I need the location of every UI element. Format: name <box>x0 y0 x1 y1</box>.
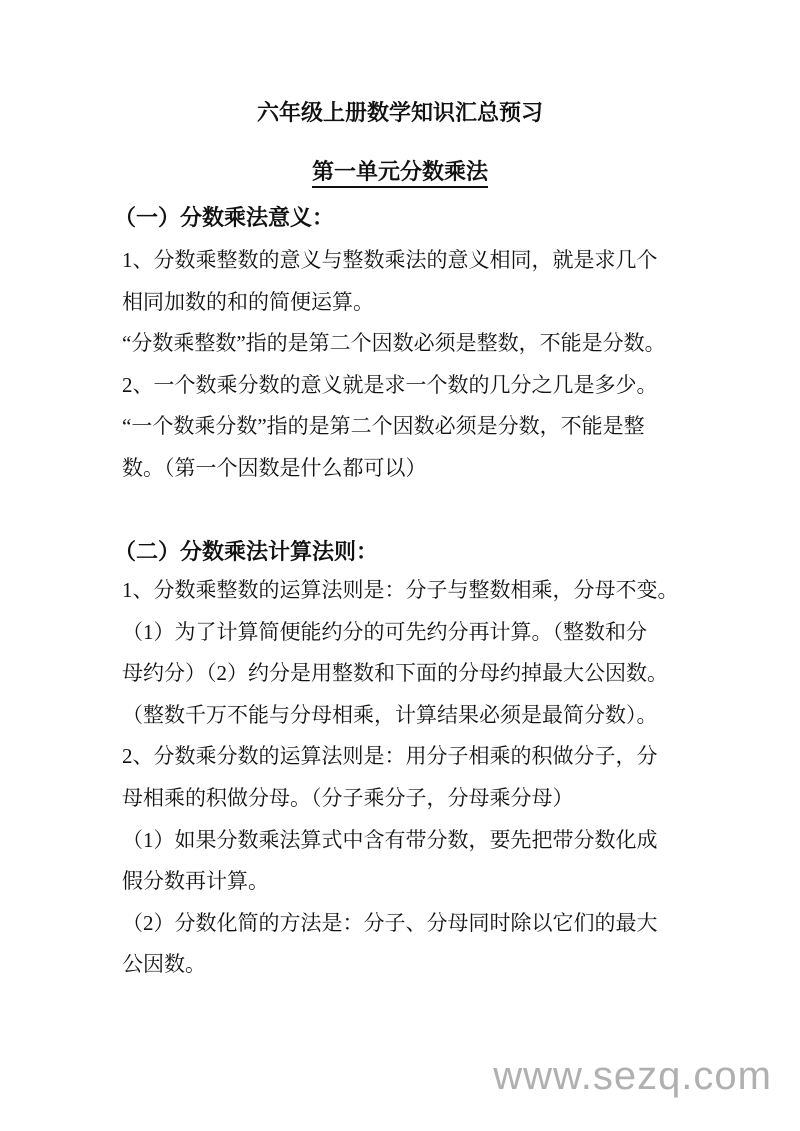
text-line: （整数千万不能与分母相乘，计算结果必须是最简分数）。 <box>122 695 688 737</box>
text-line: 2、分数乘分数的运算法则是：用分子相乘的积做分子，分 <box>122 736 688 778</box>
section-2-body: 1、分数乘整数的运算法则是：分子与整数相乘，分母不变。 （1）为了计算简便能约分… <box>122 570 688 986</box>
section-2-heading: （二）分数乘法计算法则： <box>114 538 378 566</box>
unit-heading: 第一单元分数乘法 <box>312 159 488 188</box>
text-line: 相同加数的和的简便运算。 <box>122 282 688 324</box>
unit-title-wrap: 第一单元分数乘法 <box>0 159 800 188</box>
text-line: 2、一个数乘分数的意义就是求一个数的几分之几是多少。 <box>122 365 688 407</box>
text-line: 数。（第一个因数是什么都可以） <box>122 448 688 490</box>
text-line: 母相乘的积做分母。（分子乘分子，分母乘分母） <box>122 778 688 820</box>
text-line: 1、分数乘整数的意义与整数乘法的意义相同，就是求几个 <box>122 240 688 282</box>
text-line: 假分数再计算。 <box>122 861 688 903</box>
section-1-heading: （一）分数乘法意义： <box>114 204 334 232</box>
section-1-body: 1、分数乘整数的意义与整数乘法的意义相同，就是求几个 相同加数的和的简便运算。 … <box>122 240 688 490</box>
text-line: （1）为了计算简便能约分的可先约分再计算。（整数和分 <box>122 612 688 654</box>
text-line: （1）如果分数乘法算式中含有带分数，要先把带分数化成 <box>122 820 688 862</box>
document-page: 六年级上册数学知识汇总预习 第一单元分数乘法 （一）分数乘法意义： 1、分数乘整… <box>0 0 800 1131</box>
document-title: 六年级上册数学知识汇总预习 <box>0 99 800 127</box>
site-watermark: www.sezq.com <box>493 1056 772 1096</box>
text-line: “一个数乘分数”指的是第二个因数必须是分数，不能是整 <box>122 406 688 448</box>
text-line: （2）分数化简的方法是：分子、分母同时除以它们的最大 <box>122 903 688 945</box>
text-line: 1、分数乘整数的运算法则是：分子与整数相乘，分母不变。 <box>122 570 688 612</box>
text-line: 母约分）（2）约分是用整数和下面的分母约掉最大公因数。 <box>122 653 688 695</box>
text-line: “分数乘整数”指的是第二个因数必须是整数，不能是分数。 <box>122 323 688 365</box>
text-line: 公因数。 <box>122 944 688 986</box>
